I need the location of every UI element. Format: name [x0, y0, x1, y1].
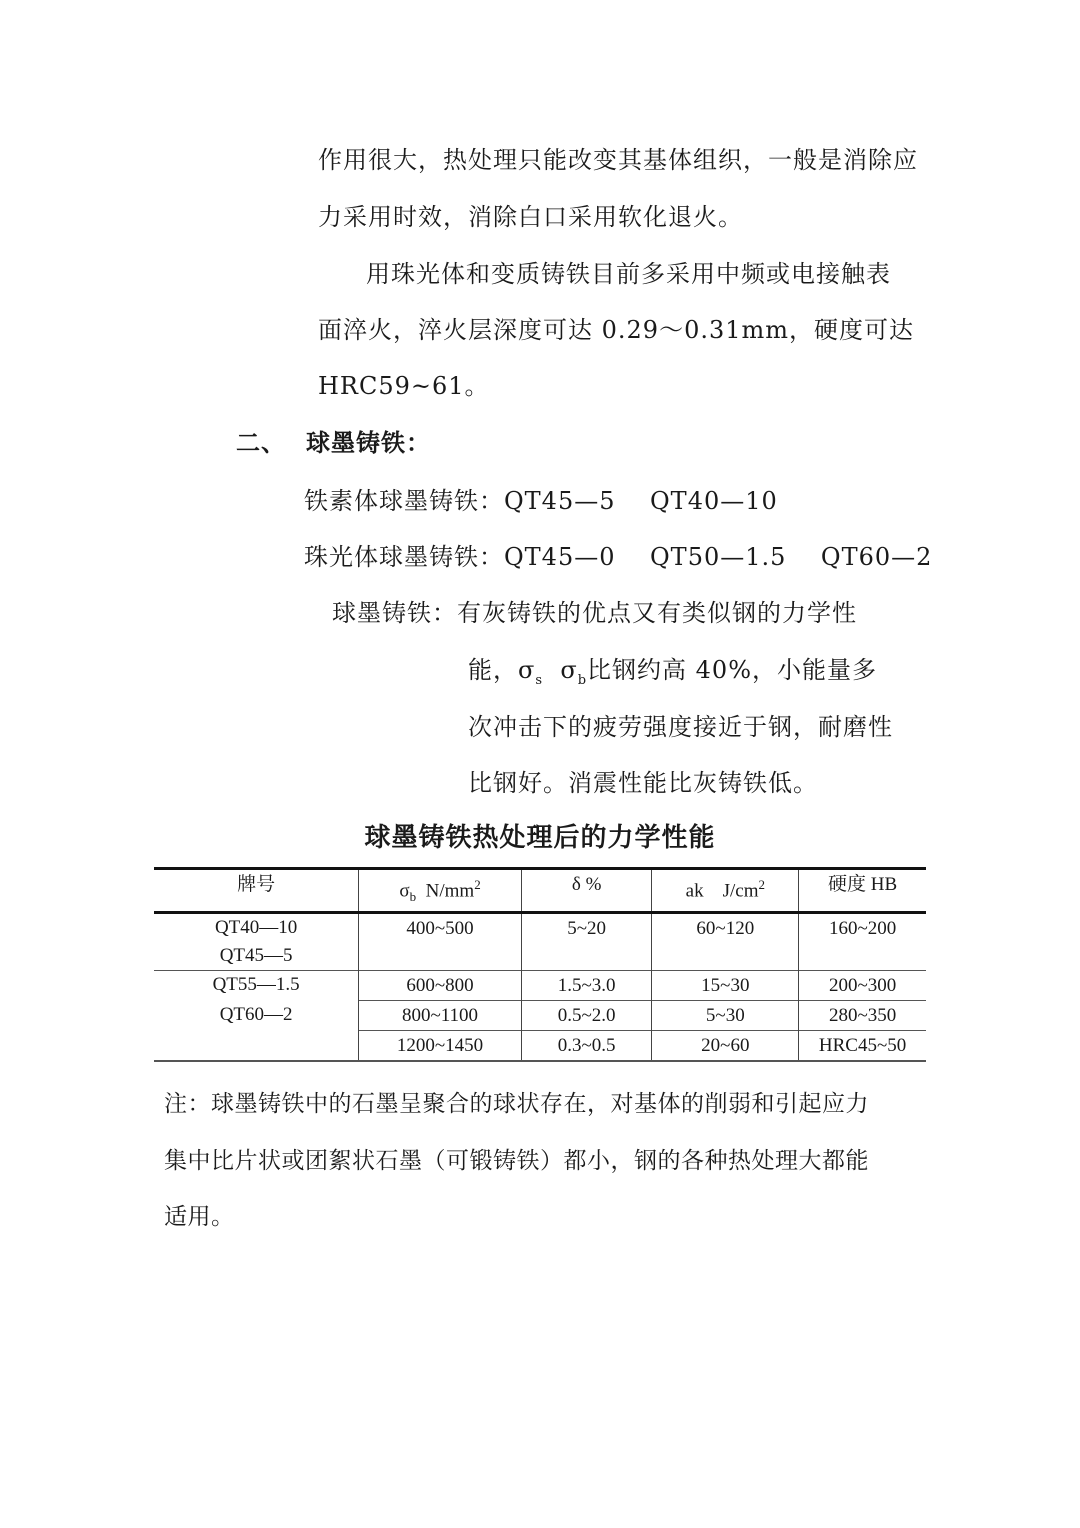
- note-line: 适用。: [164, 1202, 235, 1232]
- grade-cell: QT55—1.5 QT60—2: [154, 971, 359, 1062]
- paragraph-line: 作用很大，热处理只能改变其基体组织，一般是消除应: [318, 145, 918, 175]
- delta-cell: 0.5~2.0: [521, 1001, 652, 1031]
- pearlite-label: 珠光体球墨铸铁：: [304, 543, 504, 571]
- description-text: 有灰铸铁的优点又有类似钢的力学性: [457, 599, 857, 627]
- subscript: b: [578, 673, 587, 688]
- header-ak: ak J/cm2: [652, 869, 799, 913]
- description-line: 比钢好。消震性能比灰铸铁低。: [468, 768, 818, 798]
- grade: QT40—10: [154, 914, 358, 942]
- grade: QT45—5: [154, 942, 358, 970]
- sigma-b-cell: 600~800: [359, 971, 522, 1001]
- grade: QT55—1.5: [154, 971, 358, 999]
- superscript: 2: [474, 877, 481, 892]
- mechanical-properties-table: 牌号 σb N/mm2 δ % ak J/cm2 硬度 HB QT40—10 Q…: [154, 867, 926, 1062]
- ak-cell: 60~120: [652, 913, 799, 971]
- ak-cell: 15~30: [652, 971, 799, 1001]
- header-delta: δ %: [521, 869, 652, 913]
- ak-cell: 20~60: [652, 1031, 799, 1062]
- grade: QT60—2: [154, 1001, 358, 1029]
- section-number: 二、: [236, 429, 286, 457]
- hardness-cell: 280~350: [799, 1001, 926, 1031]
- subscript: s: [535, 673, 543, 688]
- grade-cell: QT40—10 QT45—5: [154, 913, 359, 971]
- paragraph-line: HRC59~61。: [318, 371, 490, 401]
- header-sigma-b: σb N/mm2: [359, 869, 522, 913]
- paragraph-line: 用珠光体和变质铸铁目前多采用中频或电接触表: [366, 259, 891, 289]
- note-line: 集中比片状或团絮状石墨（可锻铸铁）都小，钢的各种热处理大都能: [164, 1146, 869, 1176]
- ak-cell: 5~30: [652, 1001, 799, 1031]
- text: 能，σ: [468, 656, 535, 684]
- description-label: 球墨铸铁：: [332, 599, 457, 627]
- text: 比钢约高 40%，小能量多: [587, 656, 877, 684]
- ferrite-type-line: 铁素体球墨铸铁：QT45—5 QT40—10: [304, 486, 778, 516]
- pearlite-type-line: 珠光体球墨铸铁：QT45—0 QT50—1.5 QT60—2: [304, 542, 932, 572]
- hardness-cell: 200~300: [799, 971, 926, 1001]
- paragraph-line: 面淬火，淬火层深度可达 0.29～0.31mm，硬度可达: [318, 315, 914, 345]
- section-heading: 二、球墨铸铁：: [236, 428, 431, 458]
- note-line: 注：球墨铸铁中的石墨呈聚合的球状存在，对基体的削弱和引起应力: [164, 1089, 869, 1119]
- delta-cell: 1.5~3.0: [521, 971, 652, 1001]
- description-line: 能，σs σb比钢约高 40%，小能量多: [468, 655, 877, 696]
- header-hardness: 硬度 HB: [799, 869, 926, 913]
- delta-cell: 0.3~0.5: [521, 1031, 652, 1062]
- paragraph-line: 力采用时效，消除白口采用软化退火。: [318, 202, 743, 232]
- sigma-b-cell: 800~1100: [359, 1001, 522, 1031]
- sigma-b-cell: 400~500: [359, 913, 522, 971]
- hardness-cell: HRC45~50: [799, 1031, 926, 1062]
- ferrite-label: 铁素体球墨铸铁：: [304, 487, 504, 515]
- table-row: QT40—10 QT45—5 400~500 5~20 60~120 160~2…: [154, 913, 926, 971]
- superscript: 2: [758, 877, 765, 892]
- header-grade: 牌号: [154, 869, 359, 913]
- description-line: 次冲击下的疲劳强度接近于钢，耐磨性: [468, 712, 893, 742]
- text: N/mm: [416, 880, 474, 901]
- text: σ: [543, 656, 578, 684]
- sigma-b-cell: 1200~1450: [359, 1031, 522, 1062]
- table-row: QT55—1.5 QT60—2 600~800 1.5~3.0 15~30 20…: [154, 971, 926, 1001]
- ferrite-grades: QT45—5 QT40—10: [504, 487, 778, 515]
- hardness-cell: 160~200: [799, 913, 926, 971]
- table-caption: 球墨铸铁热处理后的力学性能: [0, 822, 1080, 854]
- section-title: 球墨铸铁：: [306, 429, 431, 457]
- table-header-row: 牌号 σb N/mm2 δ % ak J/cm2 硬度 HB: [154, 869, 926, 913]
- description-line: 球墨铸铁：有灰铸铁的优点又有类似钢的力学性: [332, 598, 857, 628]
- text: ak J/cm: [686, 880, 759, 901]
- text: σ: [399, 880, 409, 901]
- delta-cell: 5~20: [521, 913, 652, 971]
- pearlite-grades: QT45—0 QT50—1.5 QT60—2: [504, 543, 932, 571]
